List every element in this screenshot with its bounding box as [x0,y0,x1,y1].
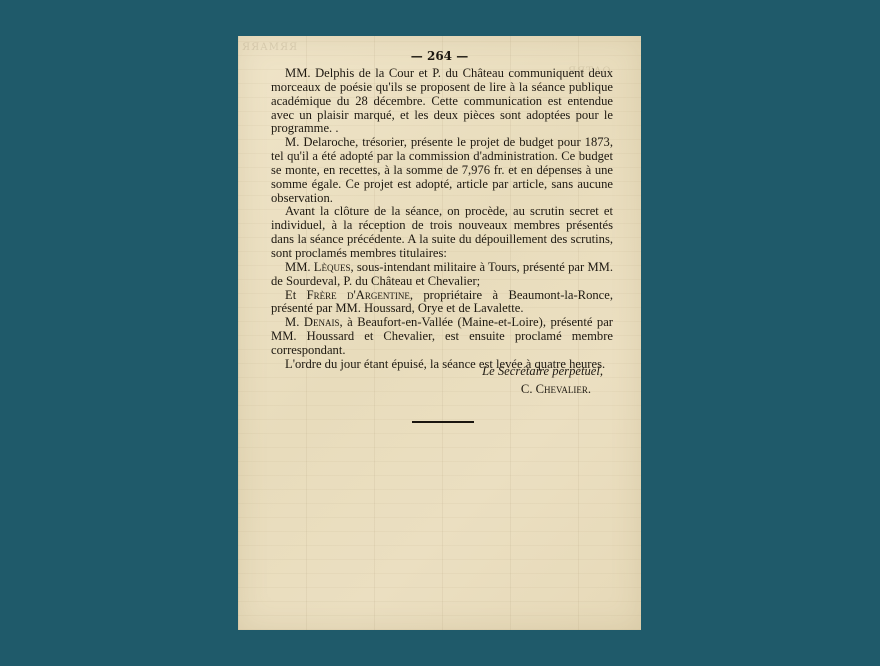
paragraph: Et Frère d'Argentine, propriétaire à Bea… [271,289,613,317]
signature-name: C. Chevalier. [482,380,603,398]
body-text: MM. Delphis de la Cour et P. du Château … [271,67,613,372]
member-name: Lèques [314,260,351,274]
paragraph: MM. Lèques, sous-intendant militaire à T… [271,261,613,289]
text-run: MM. [285,260,314,274]
paragraph: M. Delaroche, trésorier, présente le pro… [271,136,613,205]
signature-block: Le Secrétaire perpétuel, C. Chevalier. [482,362,603,398]
paragraph: M. Denais, à Beaufort-en-Vallée (Maine-e… [271,316,613,358]
signature-title: Le Secrétaire perpétuel, [482,362,603,380]
paragraph: MM. Delphis de la Cour et P. du Château … [271,67,613,136]
member-name: Frère d'Argentine [307,288,410,302]
member-name: Denais [304,315,340,329]
paragraph: Avant la clôture de la séance, on procèd… [271,205,613,260]
text-run: M. [285,315,304,329]
page-number: — 264 — [238,49,641,63]
text-run: Et [285,288,307,302]
document-page: ЯЯАМЯЯ ЯЯТАО — 264 — MM. Delphis de la C… [238,36,641,630]
end-rule [412,421,474,423]
